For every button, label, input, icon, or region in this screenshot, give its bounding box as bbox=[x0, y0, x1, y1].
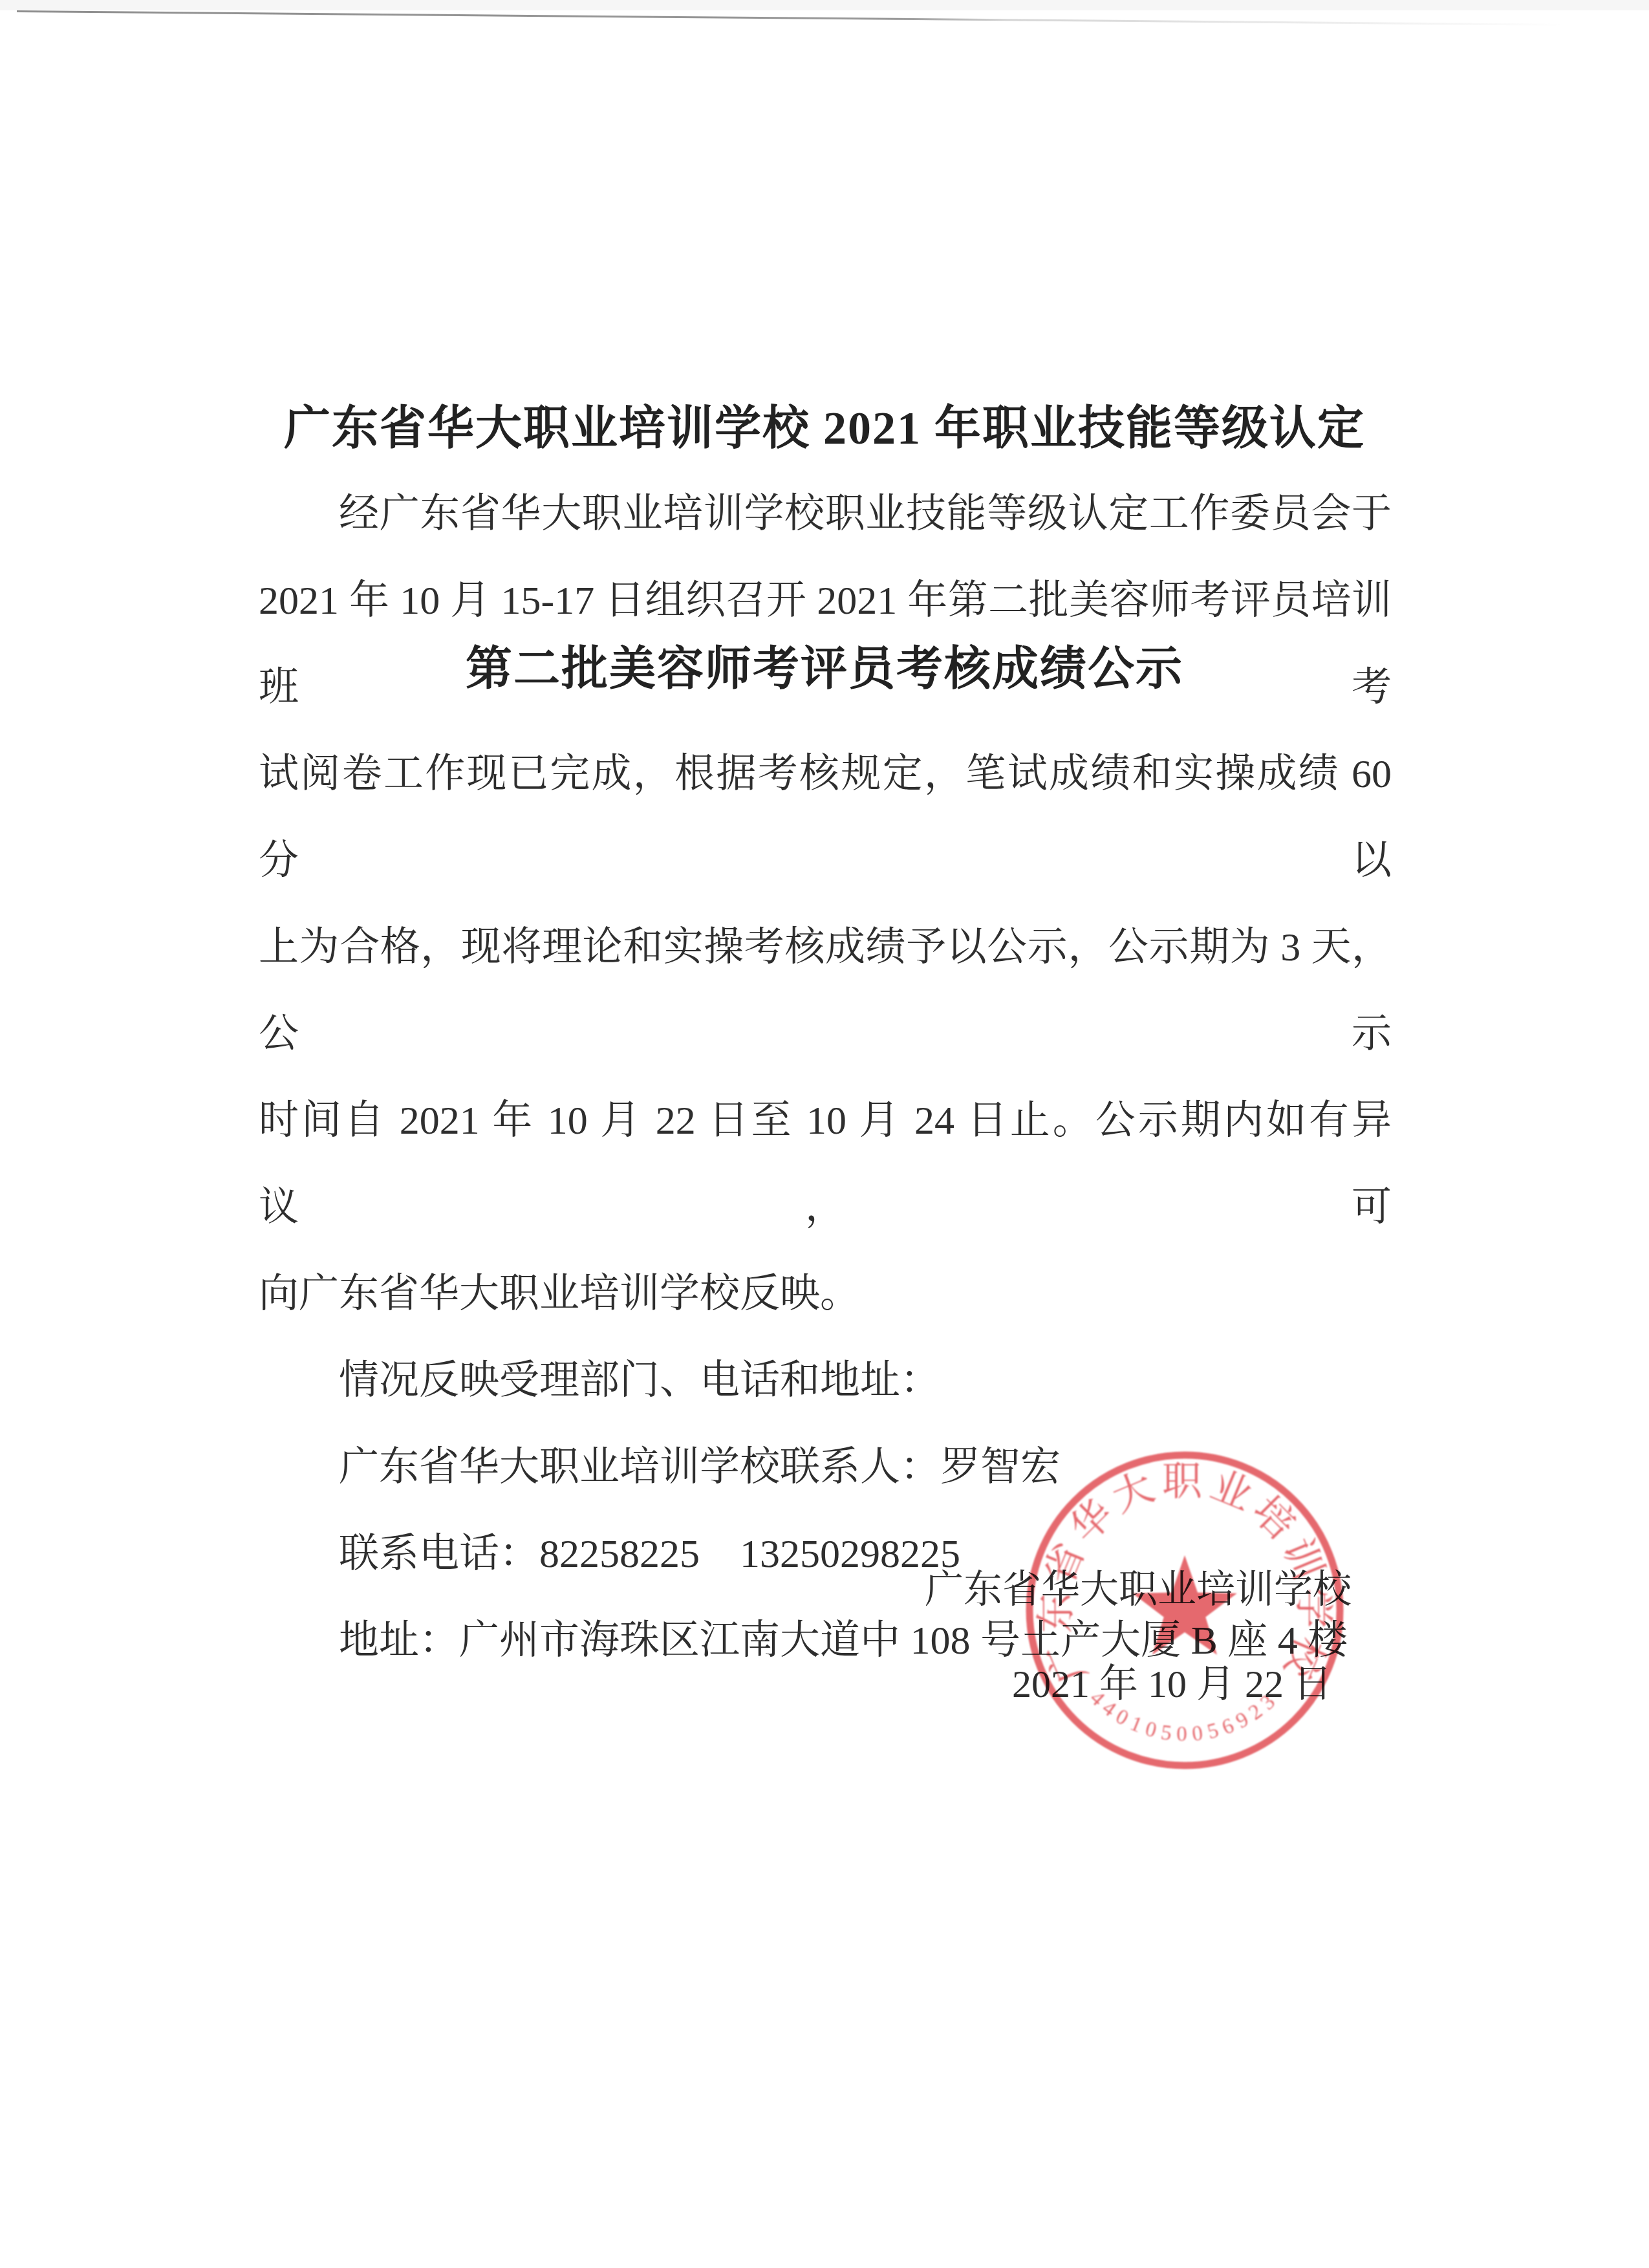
title-line-1: 广东省华大职业培训学校 2021 年职业技能等级认定 bbox=[0, 388, 1649, 468]
scan-artifact-line bbox=[17, 10, 1614, 27]
body-line: 情况反映受理部门、电话和地址： bbox=[259, 1337, 1392, 1424]
body-line: 广东省华大职业培训学校联系人：罗智宏 bbox=[259, 1424, 1392, 1511]
body-line: 经广东省华大职业培训学校职业技能等级认定工作委员会于 bbox=[259, 471, 1392, 557]
body-line: 时间自 2021 年 10 月 22 日至 10 月 24 日止。公示期内如有异… bbox=[259, 1077, 1392, 1251]
body-line: 试阅卷工作现已完成，根据考核规定，笔试成绩和实操成绩 60 分以 bbox=[259, 731, 1392, 904]
signature-org: 广东省华大职业培训学校 bbox=[925, 1559, 1352, 1614]
signature-date: 2021 年 10 月 22 日 bbox=[1012, 1653, 1332, 1709]
body-paragraph: 经广东省华大职业培训学校职业技能等级认定工作委员会于2021 年 10 月 15… bbox=[259, 471, 1392, 1684]
scan-edge-shadow bbox=[0, 0, 1649, 10]
scanned-document-page: 广东省华大职业培训学校 2021 年职业技能等级认定 第二批美容师考评员考核成绩… bbox=[0, 0, 1649, 2268]
body-line: 向广东省华大职业培训学校反映。 bbox=[259, 1251, 1392, 1337]
body-line: 上为合格，现将理论和实操考核成绩予以公示，公示期为 3 天，公示 bbox=[259, 904, 1392, 1077]
body-line: 2021 年 10 月 15-17 日组织召开 2021 年第二批美容师考评员培… bbox=[259, 557, 1392, 731]
